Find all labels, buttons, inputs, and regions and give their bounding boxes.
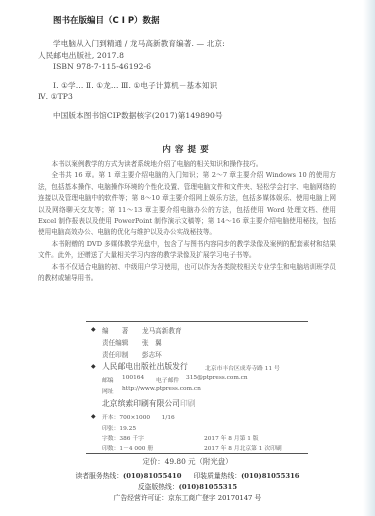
- quality-hotline: (010)81055316: [241, 472, 299, 480]
- words-value: 386 千字: [119, 436, 144, 442]
- printing-info: 2017 年 8 月北京第 1 次印刷: [204, 443, 282, 452]
- format-label: 开本：: [102, 415, 119, 421]
- bullet-icon: ◆: [91, 363, 96, 370]
- bullet-icon: ◆: [91, 413, 96, 420]
- cip-publisher-line: 人民邮电出版社, 2017.8: [38, 50, 124, 61]
- edition: 2017 年 8 月第 1 版: [204, 433, 259, 442]
- printing-supervisor-value: 彭志环: [142, 349, 162, 359]
- cip-record-number: 中国版本图书馆CIP数据核字(2017)第149890号: [53, 110, 223, 121]
- format-value: 700×1000 1/16: [119, 415, 174, 421]
- printing-supervisor-label: 责任印制: [102, 349, 128, 359]
- bullet-icon: ◆: [91, 326, 96, 333]
- sheets-label: 印张：: [102, 426, 119, 432]
- cip-heading: 图书在版编目（C I P）数据: [53, 14, 160, 26]
- hotline-row-2: 反盗版热线：(010)81055315: [0, 481, 375, 491]
- cip-title-line: 学电脑从入门到精通 / 龙马高新教育编著. — 北京:: [53, 38, 225, 49]
- sheets: 印张：19.25: [102, 423, 136, 432]
- printer-suffix: 印刷: [180, 399, 196, 408]
- colophon-bottom-rule: [86, 453, 308, 454]
- price: 定价：49.80 元（附光盘）: [0, 456, 375, 467]
- reader-hotline-label: 读者服务热线：: [75, 472, 123, 480]
- summary-paragraph: 全书共 16 章。第 1 章主要介绍电脑的入门知识；第 2～7 章主要介绍 Wi…: [38, 170, 336, 238]
- author-label: 编 著: [102, 325, 128, 335]
- words-label: 字数：: [102, 436, 119, 442]
- website-label: 网址: [102, 386, 114, 395]
- hotline-row-1: 读者服务热线：(010)81055410印装质量热线：(010)81055316: [0, 470, 375, 480]
- author-value: 龙马高新教育: [142, 325, 182, 335]
- postcode-value: 100164: [122, 375, 144, 381]
- print-run-label: 印数：: [102, 446, 119, 452]
- summary-paragraph: 本书附赠的 DVD 多媒体教学光盘中，包含了与图书内容同步的教学录像及案例的配套…: [38, 239, 336, 262]
- cip-isbn: ISBN 978-7-115-46192-6: [53, 62, 151, 71]
- summary-paragraph: 本书不仅适合电脑的初、中级用户学习使用，也可以作为各类院校相关专业学生和电脑培训…: [38, 262, 336, 285]
- email-value: 315@ptpress.com.cn: [186, 375, 248, 381]
- ad-license: 广告经营许可证：京东工商广登字 20170147 号: [0, 492, 375, 502]
- words: 字数：386 千字: [102, 433, 144, 442]
- editor-value: 张 翼: [142, 337, 162, 347]
- cip-subjects-line: Ⅰ. ①学… Ⅱ. ①龙… Ⅲ. ①电子计算机－基本知识: [53, 80, 217, 91]
- editor-label: 责任编辑: [102, 337, 128, 347]
- publisher: 人民邮电出版社出版发行: [102, 361, 188, 372]
- email-label: 电子邮件: [156, 375, 179, 384]
- summary-paragraph: 本书以案例教学的方式为读者系统地介绍了电脑的相关知识和操作技巧。: [38, 159, 336, 170]
- print-run-value: 1－4 000 册: [119, 446, 153, 452]
- piracy-hotline: (010)81055315: [179, 483, 237, 491]
- cip-classification-line: Ⅳ. ①TP3: [38, 92, 73, 101]
- printer: 北京缤索印刷有限公司印刷: [102, 398, 196, 409]
- postcode-label: 邮编: [102, 375, 114, 384]
- print-run: 印数：1－4 000 册: [102, 443, 153, 452]
- page-edge-shadow: [363, 0, 375, 516]
- summary-body: 本书以案例教学的方式为读者系统地介绍了电脑的相关知识和操作技巧。 全书共 16 …: [38, 159, 336, 284]
- quality-hotline-label: 印装质量热线：: [194, 472, 242, 480]
- sheets-value: 19.25: [119, 426, 136, 432]
- printer-name: 北京缤索印刷有限公司: [102, 399, 180, 408]
- piracy-hotline-label: 反盗版热线：: [138, 483, 179, 491]
- format: 开本：700×1000 1/16: [102, 412, 175, 421]
- colophon-top-rule: [86, 321, 308, 322]
- summary-title: 内容提要: [0, 143, 375, 155]
- reader-hotline: (010)81055410: [123, 472, 181, 480]
- publisher-address: 北京市丰台区成寿寺路 11 号: [205, 363, 280, 372]
- website-value: http://www.ptpress.com.cn: [122, 386, 201, 392]
